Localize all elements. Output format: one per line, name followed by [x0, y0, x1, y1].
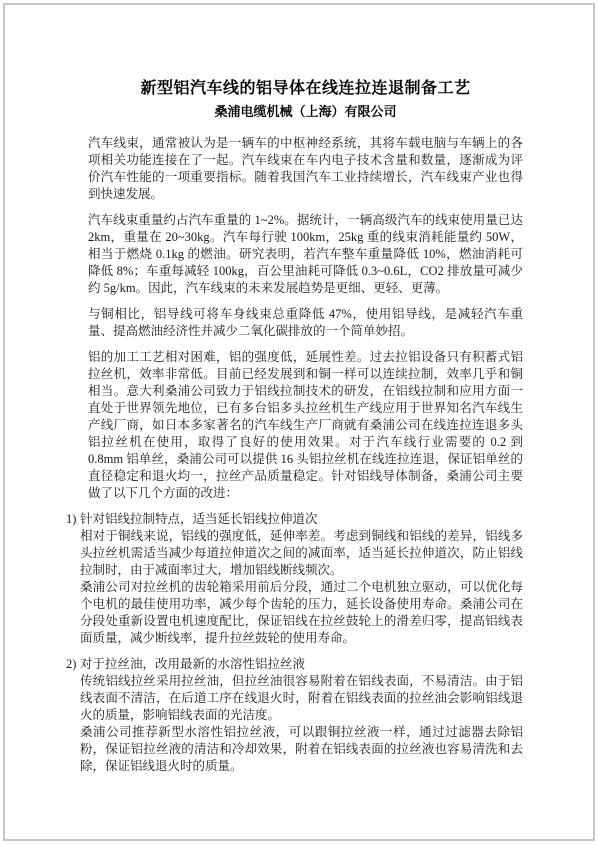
document-page: 新型铝汽车线的铝导体在线连拉连退制备工艺 桑浦电缆机械（上海）有限公司 汽车线束…	[0, 0, 598, 845]
list-item-1: 1) 针对铝线拉制特点，适当延长铝线拉伸道次 相对于铜线来说，铝线的强度低，延伸…	[66, 511, 523, 647]
list-item-2-paragraph-2: 桑浦公司推荐新型水溶性铝拉丝液，可以跟铜拉丝液一样，通过过滤器去除铝粉，保证铝拉…	[80, 724, 523, 775]
list-item-1-heading: 针对铝线拉制特点，适当延长铝线拉伸道次	[80, 511, 523, 528]
page-border-frame: 新型铝汽车线的铝导体在线连拉连退制备工艺 桑浦电缆机械（上海）有限公司 汽车线束…	[3, 3, 595, 841]
document-title: 新型铝汽车线的铝导体在线连拉连退制备工艺	[66, 78, 523, 100]
document-author: 桑浦电缆机械（上海）有限公司	[88, 103, 523, 120]
body-paragraph-2: 汽车线束重量约占汽车重量的 1~2%。据统计，一辆高级汽车的线束使用量已达2km…	[88, 212, 523, 297]
list-item-2-heading: 对于拉丝油，改用最新的水溶性铝拉丝液	[80, 656, 523, 673]
list-item-1-marker: 1)	[66, 511, 76, 528]
list-item-2: 2) 对于拉丝油，改用最新的水溶性铝拉丝液 传统铝线拉丝采用拉丝油，但拉丝油很容…	[66, 656, 523, 775]
list-item-2-paragraph-1: 传统铝线拉丝采用拉丝油，但拉丝油很容易附着在铝线表面，不易清洁。由于铝线表面不清…	[80, 673, 523, 724]
list-item-2-marker: 2)	[66, 656, 76, 673]
body-paragraph-1: 汽车线束，通常被认为是一辆车的中枢神经系统，其将车载电脑与车辆上的各项相关功能连…	[88, 135, 523, 203]
body-paragraph-4: 铝的加工工艺相对困难，铝的强度低，延展性差。过去拉铝设备只有积蓄式铝拉丝机，效率…	[88, 349, 523, 502]
body-paragraph-3: 与铜相比，铝导线可将车身线束总重降低 47%，使用铝导线，是减轻汽车重量、提高燃…	[88, 306, 523, 340]
list-item-1-paragraph-1: 相对于铜线来说，铝线的强度低，延伸率差。考虑到铜线和铝线的差异，铝线多头拉丝机需…	[80, 528, 523, 579]
list-item-1-paragraph-2: 桑浦公司对拉丝机的齿轮箱采用前后分段，通过二个电机独立驱动，可以优化每个电机的最…	[80, 579, 523, 647]
